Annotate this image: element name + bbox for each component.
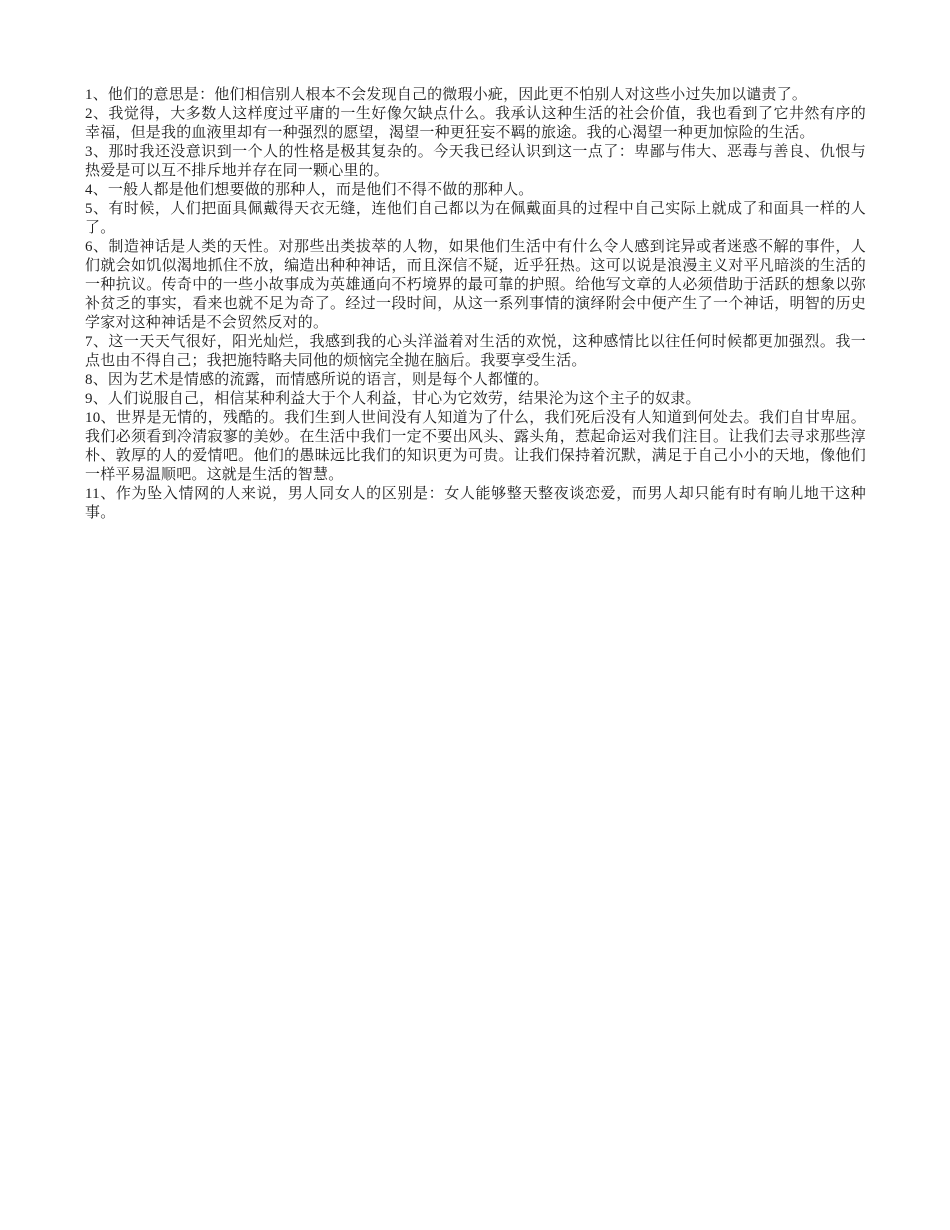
- quote-paragraph-5: 5、有时候，人们把面具佩戴得天衣无缝，连他们自己都以为在佩戴面具的过程中自己实际…: [85, 200, 866, 238]
- document-page: 1、他们的意思是：他们相信别人根本不会发现自己的微瑕小疵，因此更不怕别人对这些小…: [0, 0, 950, 1230]
- quote-paragraph-11: 11、作为坠入情网的人来说，男人同女人的区别是：女人能够整天整夜谈恋爱，而男人却…: [85, 485, 866, 523]
- quote-paragraph-2: 2、我觉得，大多数人这样度过平庸的一生好像欠缺点什么。我承认这种生活的社会价值，…: [85, 105, 866, 143]
- quote-paragraph-9: 9、人们说服自己，相信某种利益大于个人利益，甘心为它效劳，结果沦为这个主子的奴隶…: [85, 390, 866, 409]
- quote-paragraph-8: 8、因为艺术是情感的流露，而情感所说的语言，则是每个人都懂的。: [85, 371, 866, 390]
- quote-paragraph-1: 1、他们的意思是：他们相信别人根本不会发现自己的微瑕小疵，因此更不怕别人对这些小…: [85, 86, 866, 105]
- quote-paragraph-3: 3、那时我还没意识到一个人的性格是极其复杂的。今天我已经认识到这一点了：卑鄙与伟…: [85, 143, 866, 181]
- quote-paragraph-10: 10、世界是无情的，残酷的。我们生到人世间没有人知道为了什么，我们死后没有人知道…: [85, 409, 866, 485]
- quote-paragraph-6: 6、制造神话是人类的天性。对那些出类拔萃的人物，如果他们生活中有什么令人感到诧异…: [85, 238, 866, 333]
- quote-paragraph-7: 7、这一天天气很好，阳光灿烂，我感到我的心头洋溢着对生活的欢悦，这种感情比以往任…: [85, 333, 866, 371]
- quote-list: 1、他们的意思是：他们相信别人根本不会发现自己的微瑕小疵，因此更不怕别人对这些小…: [85, 86, 866, 523]
- quote-paragraph-4: 4、一般人都是他们想要做的那种人，而是他们不得不做的那种人。: [85, 181, 866, 200]
